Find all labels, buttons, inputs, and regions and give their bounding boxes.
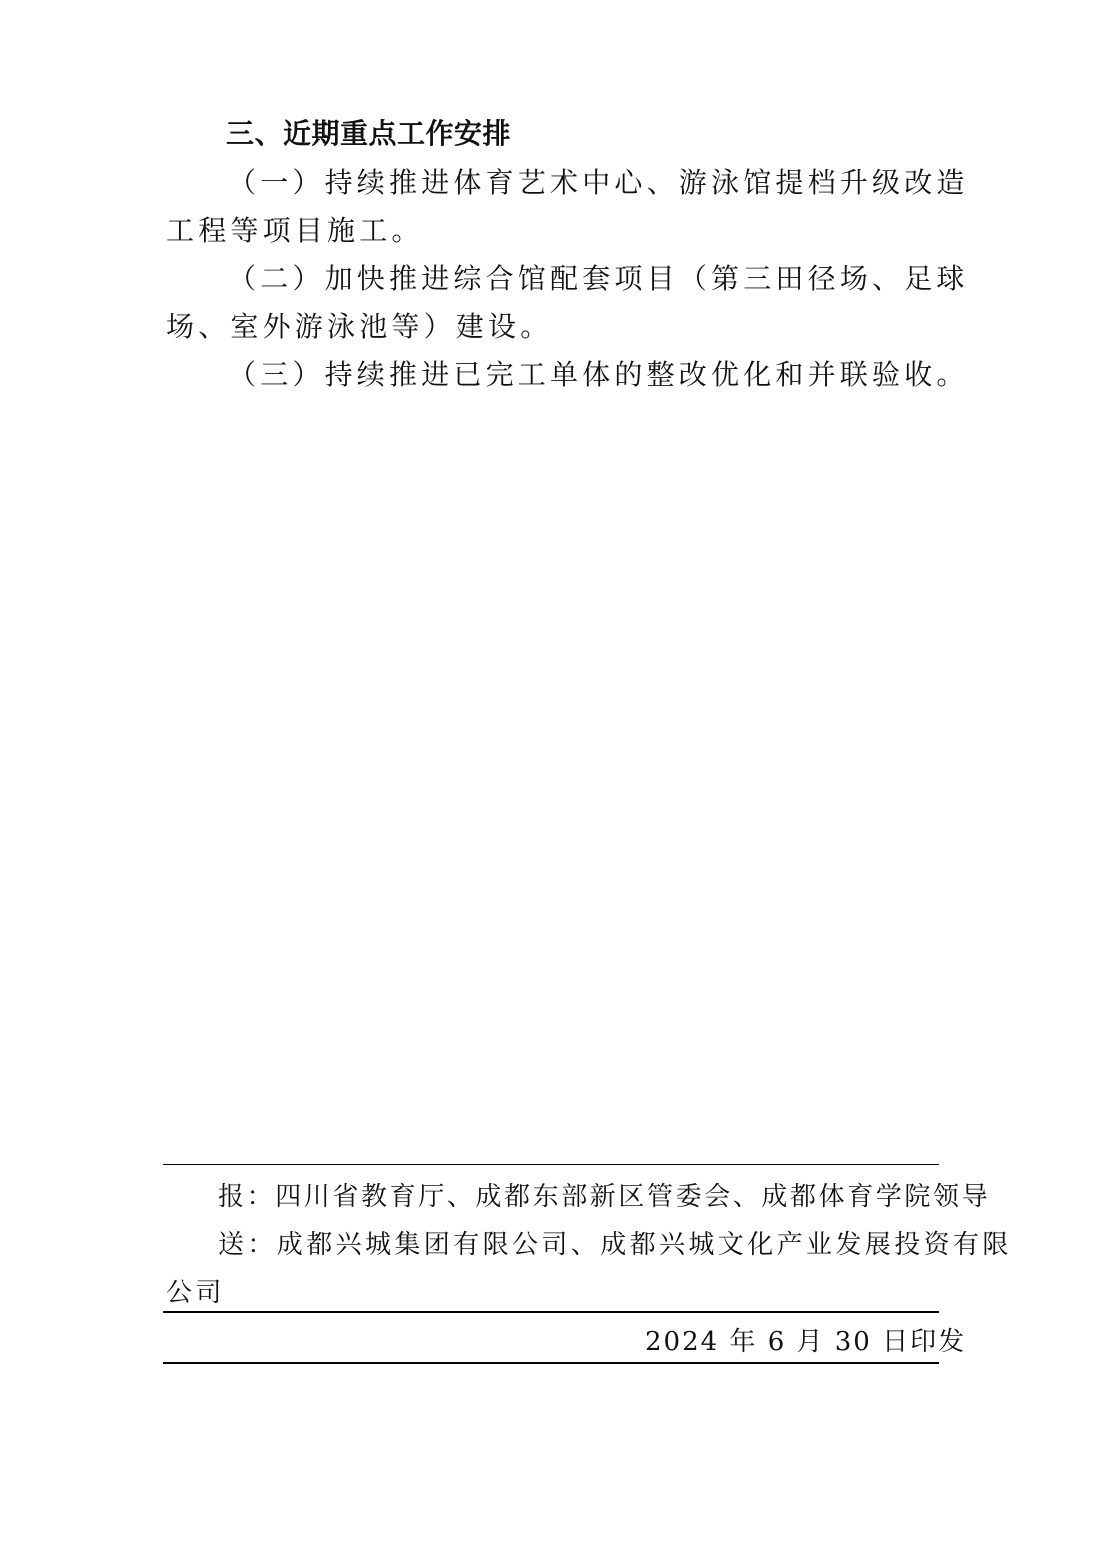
- send-to-line-2: 公司: [166, 1276, 225, 1310]
- section-heading: 三、近期重点工作安排: [226, 117, 511, 151]
- footer-top-rule: [163, 1164, 939, 1165]
- issue-date: 2024 年 6 月 30 日印发: [645, 1325, 966, 1359]
- footer-middle-rule: [163, 1311, 939, 1313]
- document-page: 三、近期重点工作安排 （一）持续推进体育艺术中心、游泳馆提档升级改造 工程等项目…: [0, 0, 1102, 1559]
- send-to-line-1: 送：成都兴城集团有限公司、成都兴城文化产业发展投资有限: [218, 1228, 1012, 1262]
- report-to-line: 报：四川省教育厅、成都东部新区管委会、成都体育学院领导: [218, 1180, 990, 1214]
- item-1-line-1: （一）持续推进体育艺术中心、游泳馆提档升级改造: [228, 166, 969, 200]
- item-2-line-1: （二）加快推进综合馆配套项目（第三田径场、足球: [228, 262, 969, 296]
- item-3-line-1: （三）持续推进已完工单体的整改优化和并联验收。: [228, 358, 969, 392]
- footer-bottom-rule: [163, 1362, 939, 1364]
- item-2-line-2: 场、室外游泳池等）建设。: [166, 310, 552, 344]
- item-1-line-2: 工程等项目施工。: [166, 214, 424, 248]
